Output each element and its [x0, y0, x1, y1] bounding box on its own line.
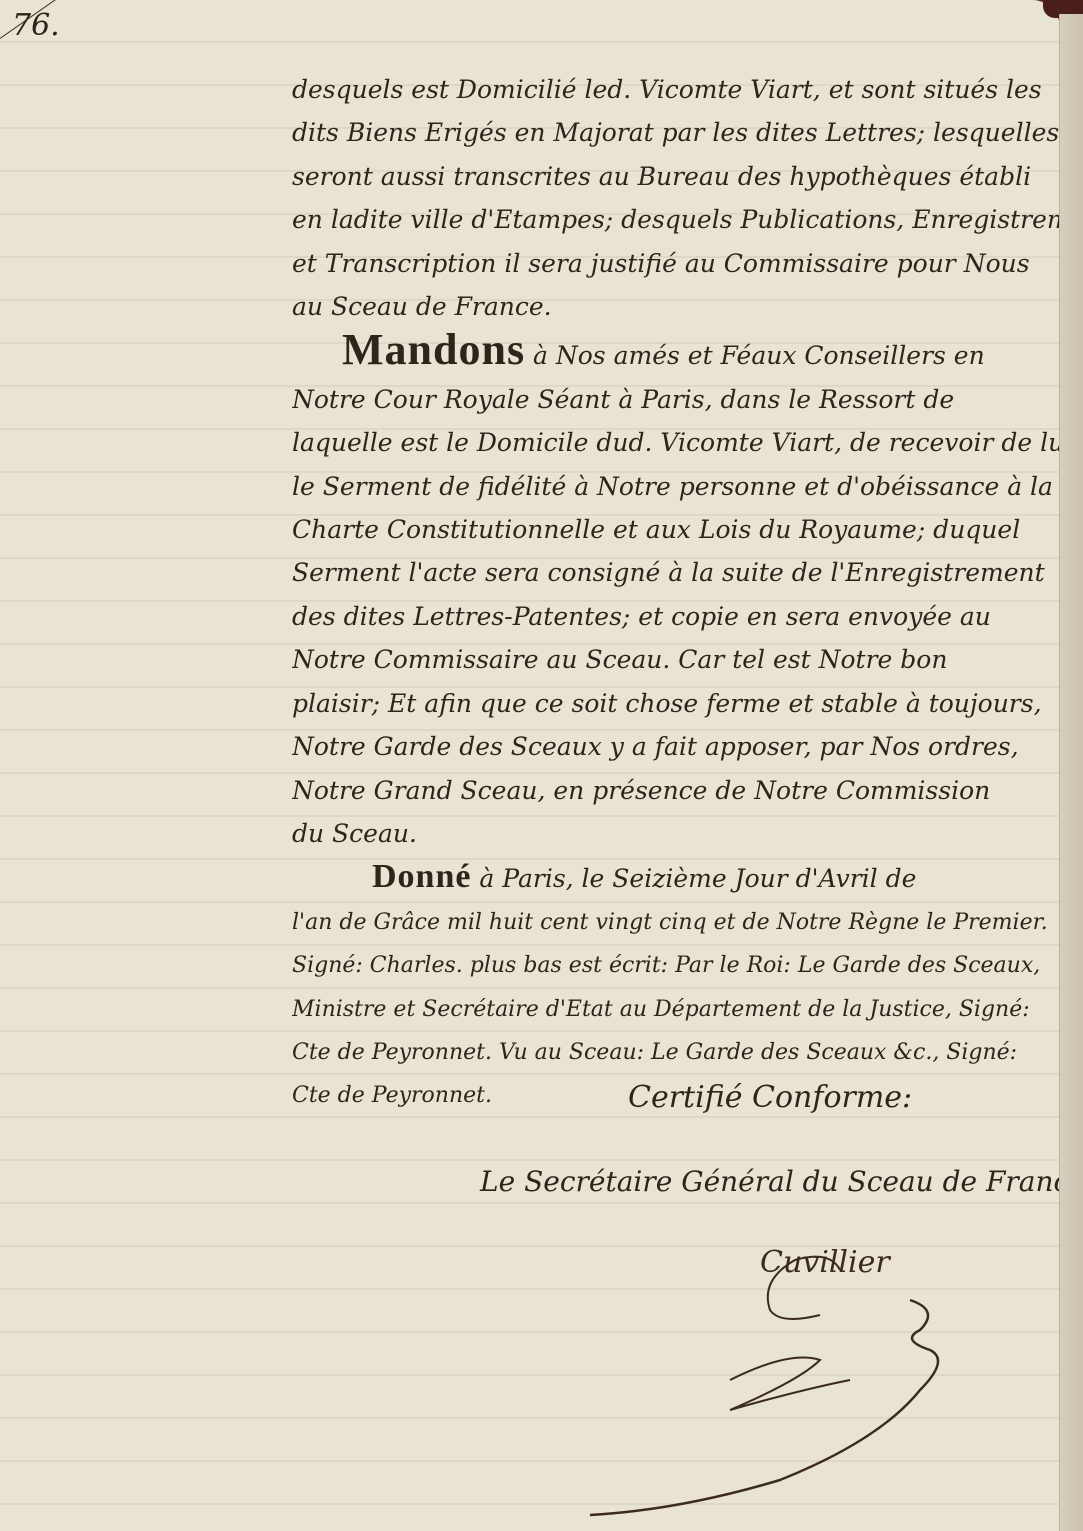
donne-line: Cte de Peyronnet. Vu au Sceau: Le Garde … [292, 1031, 1070, 1074]
certification-title: Le Secrétaire Général du Sceau de France… [480, 1165, 1083, 1198]
donne-line: à Paris, le Seizième Jour d'Avril de [479, 864, 916, 893]
certification-label: Certifié Conforme: [628, 1080, 912, 1115]
mandons-line: Notre Garde des Sceaux y a fait apposer,… [292, 725, 1070, 768]
body-text: desquels est Domicilié led. Vicomte Viar… [292, 68, 1070, 1118]
page-edge [1059, 14, 1083, 1531]
mandons-line: à Nos amés et Féaux Conseillers en [533, 341, 985, 370]
body-line: dits Biens Erigés en Majorat par les dit… [292, 111, 1070, 154]
signature-flourish [580, 1240, 980, 1520]
body-line: seront aussi transcrites au Bureau des h… [292, 155, 1070, 198]
mandons-line: plaisir; Et afin que ce soit chose ferme… [292, 682, 1070, 725]
donne-paragraph-first-line: Donné à Paris, le Seizième Jour d'Avril … [292, 855, 1070, 900]
mandons-line: le Serment de fidélité à Notre personne … [292, 465, 1070, 508]
body-line: desquels est Domicilié led. Vicomte Viar… [292, 68, 1070, 111]
body-line: au Sceau de France. [292, 285, 1070, 328]
mandons-paragraph-first-line: Mandons à Nos amés et Féaux Conseillers … [292, 328, 1070, 377]
mandons-line: Notre Commissaire au Sceau. Car tel est … [292, 638, 1070, 681]
mandons-line: Notre Cour Royale Séant à Paris, dans le… [292, 378, 1070, 421]
mandons-line: du Sceau. [292, 812, 1070, 855]
donne-line: l'an de Grâce mil huit cent vingt cinq e… [292, 901, 1070, 944]
body-line: en ladite ville d'Etampes; desquels Publ… [292, 198, 1070, 241]
donne-line: Ministre et Secrétaire d'Etat au Départe… [292, 988, 1070, 1031]
mandons-line: Charte Constitutionnelle et aux Lois du … [292, 508, 1070, 551]
body-line: et Transcription il sera justifié au Com… [292, 242, 1070, 285]
manuscript-page: 76. desquels est Domicilié led. Vicomte … [0, 0, 1060, 1531]
mandons-line: Serment l'acte sera consigné à la suite … [292, 551, 1070, 594]
mandons-line: Notre Grand Sceau, en présence de Notre … [292, 769, 1070, 812]
donne-heading: Donné [372, 858, 471, 895]
donne-line: Signé: Charles. plus bas est écrit: Par … [292, 944, 1070, 987]
mandons-line: des dites Lettres-Patentes; et copie en … [292, 595, 1070, 638]
mandons-heading: Mandons [342, 328, 525, 374]
mandons-line: laquelle est le Domicile dud. Vicomte Vi… [292, 421, 1070, 464]
